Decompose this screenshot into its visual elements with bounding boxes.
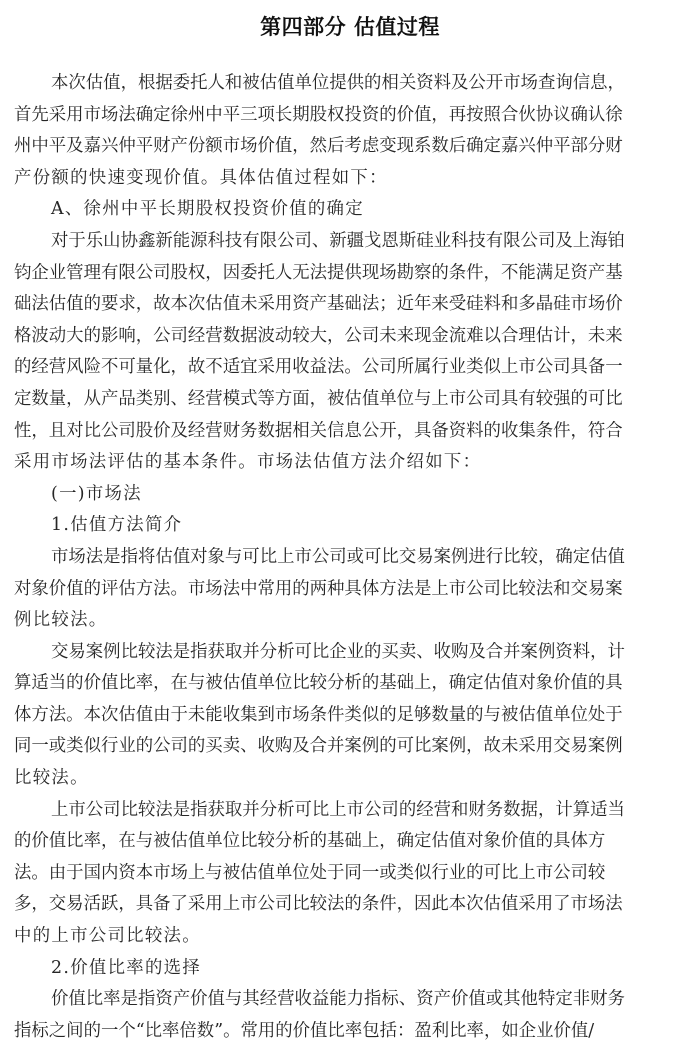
text-line: 指标之间的一个“比率倍数”。常用的价值比率包括：盈利比率，如企业价值/ [14, 1016, 690, 1048]
text-line: 交易案例比较法是指获取并分析可比企业的买卖、收购及合并案例资料，计 [14, 637, 690, 669]
text-line: 多，交易活跃，具备了采用上市公司比较法的条件，因此本次估值采用了市场法 [14, 889, 690, 921]
text-line: 例比较法。 [14, 605, 690, 637]
text-line: 市场法是指将估值对象与可比上市公司或可比交易案例进行比较，确定估值 [14, 542, 690, 574]
subsection-heading: 2.价值比率的选择 [14, 953, 690, 985]
text-line: 上市公司比较法是指获取并分析可比上市公司的经营和财务数据，计算适当 [14, 795, 690, 827]
text-line: 州中平及嘉兴仲平财产份额市场价值，然后考虑变现系数后确定嘉兴仲平部分财 [14, 131, 690, 163]
text-line: 采用市场法评估的基本条件。市场法估值方法介绍如下： [14, 447, 690, 479]
subsection-heading: (一)市场法 [14, 479, 690, 511]
text-line: 体方法。本次估值由于未能收集到市场条件类似的足够数量的与被估值单位处于 [14, 700, 690, 732]
text-line: 的经营风险不可量化，故不适宜采用收益法。公司所属行业类似上市公司具备一 [14, 352, 690, 384]
text-line: 定数量，从产品类别、经营模式等方面，被估值单位与上市公司具有较强的可比 [14, 384, 690, 416]
text-line: 本次估值，根据委托人和被估值单位提供的相关资料及公开市场查询信息， [14, 68, 690, 100]
text-line: 价值比率是指资产价值与其经营收益能力指标、资产价值或其他特定非财务 [14, 984, 690, 1016]
text-line: 的价值比率，在与被估值单位比较分析的基础上，确定估值对象价值的具体方 [14, 826, 690, 858]
subsection-heading: A、徐州中平长期股权投资价值的确定 [14, 194, 690, 226]
text-line: 算适当的价值比率，在与被估值单位比较分析的基础上，确定估值对象价值的具 [14, 668, 690, 700]
text-line: 性，且对比公司股价及经营财务数据相关信息公开，具备资料的收集条件，符合 [14, 416, 690, 448]
document-body: 本次估值，根据委托人和被估值单位提供的相关资料及公开市场查询信息， 首先采用市场… [14, 68, 690, 1047]
text-line: 对于乐山协鑫新能源科技有限公司、新疆戈恩斯硅业科技有限公司及上海铂 [14, 226, 690, 258]
text-line: 础法估值的要求，故本次估值未采用资产基础法；近年来受硅料和多晶硅市场价 [14, 289, 690, 321]
text-line: 同一或类似行业的公司的买卖、收购及合并案例的可比案例，故未采用交易案例 [14, 731, 690, 763]
text-line: 产份额的快速变现价值。具体估值过程如下： [14, 163, 690, 195]
text-line: 钧企业管理有限公司股权，因委托人无法提供现场勘察的条件，不能满足资产基 [14, 258, 690, 290]
text-line: 对象价值的评估方法。市场法中常用的两种具体方法是上市公司比较法和交易案 [14, 574, 690, 606]
text-line: 首先采用市场法确定徐州中平三项长期股权投资的价值，再按照合伙协议确认徐 [14, 100, 690, 132]
text-line: 格波动大的影响，公司经营数据波动较大，公司未来现金流难以合理估计，未来 [14, 321, 690, 353]
section-title: 第四部分 估值过程 [0, 12, 700, 42]
text-line: 比较法。 [14, 763, 690, 795]
text-line: 法。由于国内资本市场上与被估值单位处于同一或类似行业的可比上市公司较 [14, 858, 690, 890]
text-line: 中的上市公司比较法。 [14, 921, 690, 953]
document-page: 第四部分 估值过程 本次估值，根据委托人和被估值单位提供的相关资料及公开市场查询… [0, 0, 700, 1049]
subsection-heading: 1.估值方法简介 [14, 510, 690, 542]
